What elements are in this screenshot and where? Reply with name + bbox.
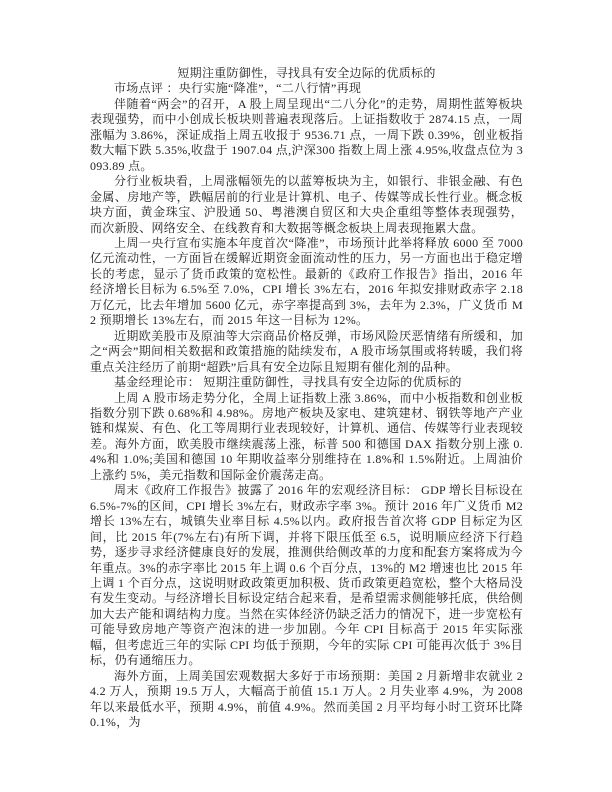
- market-comment-heading: 市场点评 ：央行实施“降准”，“二八行情”再现: [90, 81, 523, 96]
- paragraph: 分行业板块看，上周涨幅领先的以蓝筹板块为主，如银行、非银金融、有色金属、房地产等…: [90, 174, 523, 236]
- section-market-comment: 市场点评 ：央行实施“降准”，“二八行情”再现 伴随着“两会”的召开，A 股上周…: [90, 81, 523, 375]
- paragraph: 周末《政府工作报告》披露了 2016 年的宏观经济目标： GDP 增长目标设在 …: [90, 483, 523, 668]
- paragraph: 伴随着“两会”的召开，A 股上周呈现出“二八分化”的走势，周期性蓝筹板块表现强势…: [90, 97, 523, 174]
- document-title: 短期注重防御性，寻找具有安全边际的优质标的: [90, 66, 523, 81]
- paragraph: 上周一央行宣布实施本年度首次“降准”，市场预计此举将释放 6000 至 7000…: [90, 236, 523, 329]
- paragraph: 上周 A 股市场走势分化，全周上证指数上涨 3.86%，而中小板指数和创业板指数…: [90, 391, 523, 484]
- paragraph: 近期欧美股市及原油等大宗商品价格反弹，市场风险厌恶情绪有所缓和，加之“两会”期间…: [90, 329, 523, 375]
- section-fund-manager-view: 基金经理论市： 短期注重防御性，寻找具有安全边际的优质标的 上周 A 股市场走势…: [90, 375, 523, 730]
- document-page: 短期注重防御性，寻找具有安全边际的优质标的 市场点评 ：央行实施“降准”，“二八…: [0, 0, 612, 792]
- fund-manager-heading: 基金经理论市： 短期注重防御性，寻找具有安全边际的优质标的: [90, 375, 523, 390]
- paragraph: 海外方面，上周美国宏观数据大多好于市场预期：美国 2 月新增非农就业 24.2 …: [90, 669, 523, 731]
